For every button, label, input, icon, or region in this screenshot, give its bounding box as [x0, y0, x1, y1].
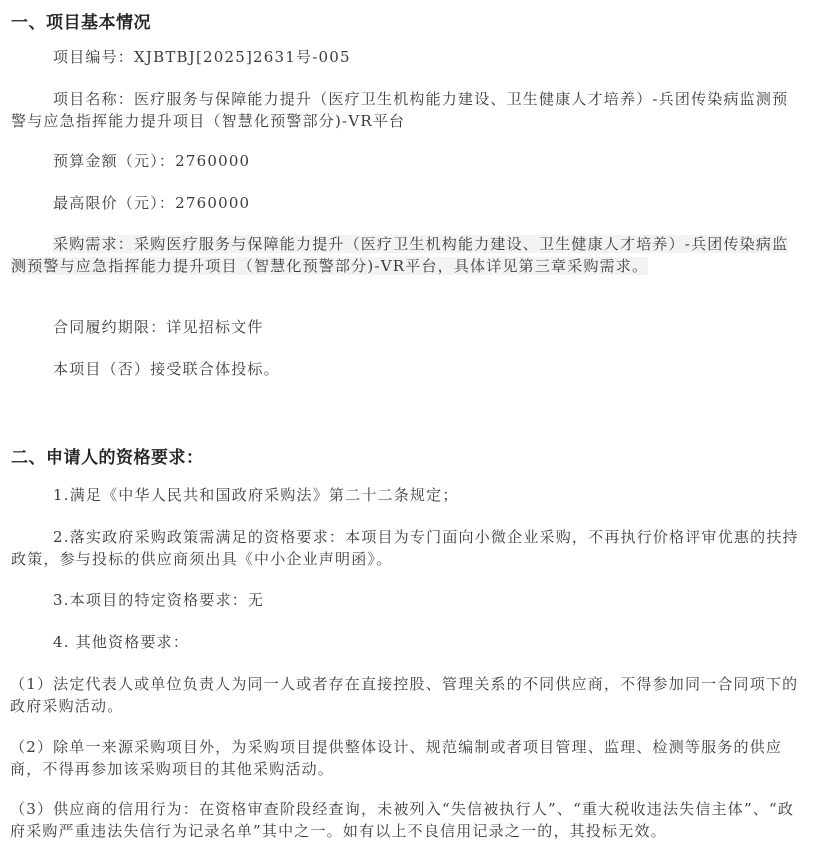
project-number: 项目编号：XJBTBJ[2025]2631号-005	[11, 46, 801, 68]
max-price: 最高限价（元）：2760000	[11, 192, 801, 214]
qualification-item-1: 1.满足《中华人民共和国政府采购法》第二十二条规定；	[11, 484, 801, 506]
qualification-item-2: 2.落实政府采购政策需满足的资格要求：本项目为专门面向小微企业采购，不再执行价格…	[11, 526, 801, 570]
other-requirement-3: （3）供应商的信用行为：在资格审查阶段经查询，未被列入“失信被执行人”、“重大税…	[10, 798, 800, 842]
budget-amount: 预算金额（元）：2760000	[11, 150, 801, 172]
qualification-item-3: 3.本项目的特定资格要求：无	[11, 589, 801, 611]
section-heading-qualifications: 二、申请人的资格要求：	[11, 443, 204, 468]
procurement-need: 采购需求：采购医疗服务与保障能力提升（医疗卫生机构能力建设、卫生健康人才培养）-…	[11, 233, 801, 277]
project-name: 项目名称：医疗服务与保障能力提升（医疗卫生机构能力建设、卫生健康人才培养）-兵团…	[11, 88, 801, 132]
qualification-item-4: 4. 其他资格要求：	[11, 631, 801, 653]
procurement-need-text: 采购需求：采购医疗服务与保障能力提升（医疗卫生机构能力建设、卫生健康人才培养）-…	[11, 235, 788, 275]
section-heading-basic-info: 一、项目基本情况	[11, 8, 151, 33]
other-requirement-1: （1）法定代表人或单位负责人为同一人或者存在直接控股、管理关系的不同供应商，不得…	[10, 673, 800, 717]
consortium-statement: 本项目（否）接受联合体投标。	[11, 358, 801, 380]
contract-period: 合同履约期限：详见招标文件	[11, 316, 801, 338]
other-requirement-2: （2）除单一来源采购项目外，为采购项目提供整体设计、规范编制或者项目管理、监理、…	[10, 736, 800, 780]
